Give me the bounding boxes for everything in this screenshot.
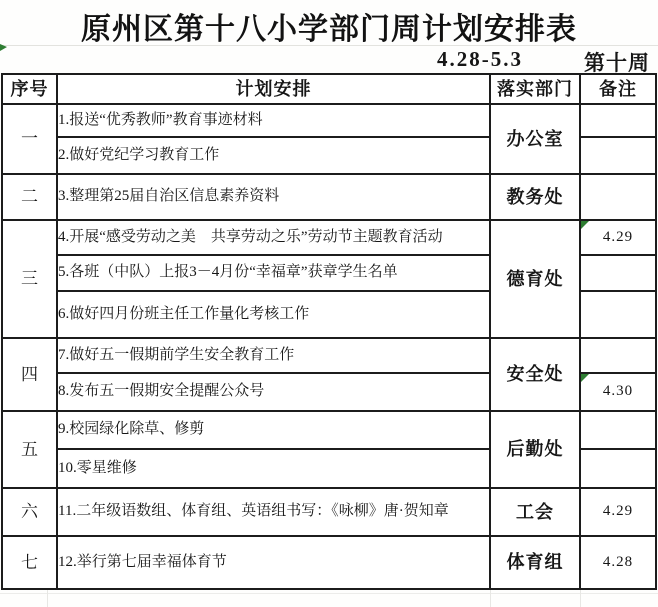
note-cell [580, 449, 656, 488]
plan-item-cell: 8.发布五一假期安全提醒公众号 [57, 373, 490, 411]
note-cell [580, 411, 656, 449]
table-row: 四 7.做好五一假期前学生安全教育工作 安全处 [2, 338, 656, 373]
group-index-cell: 五 [2, 411, 57, 488]
department-cell: 教务处 [490, 174, 580, 220]
header-col-index: 序号 [2, 74, 57, 104]
note-cell: 4.28 [580, 536, 656, 589]
plan-item-cell: 7.做好五一假期前学生安全教育工作 [57, 338, 490, 373]
table-row: 五 9.校园绿化除草、修剪 后勤处 [2, 411, 656, 449]
department-cell: 德育处 [490, 220, 580, 338]
header-col-plan: 计划安排 [57, 74, 490, 104]
plan-item-cell: 3.整理第25届自治区信息素养资料 [57, 174, 490, 220]
plan-item-cell: 12.举行第七届幸福体育节 [57, 536, 490, 589]
note-cell [580, 291, 656, 338]
header-col-note: 备注 [580, 74, 656, 104]
plan-item-cell: 10.零星维修 [57, 449, 490, 488]
plan-item-cell: 1.报送“优秀教师”教育事迹材料 [57, 104, 490, 137]
table-row: 七 12.举行第七届幸福体育节 体育组 4.28 [2, 536, 656, 589]
table-row: 六 11.二年级语数组、体育组、英语组书写：《咏柳》唐·贺知章 工会 4.29 [2, 488, 656, 536]
department-cell: 工会 [490, 488, 580, 536]
note-cell: 4.29 [580, 488, 656, 536]
note-text: 4.29 [603, 229, 633, 245]
table-row: 三 4.开展“感受劳动之美 共享劳动之乐”劳动节主题教育活动 德育处 4.29 [2, 220, 656, 255]
note-cell: 4.29 [580, 220, 656, 255]
spreadsheet-page: 原州区第十八小学部门周计划安排表 4.28-5.3 第十周 序号 计划安排 落实… [0, 0, 658, 607]
plan-item-cell: 2.做好党纪学习教育工作 [57, 137, 490, 174]
faint-gridline [0, 45, 658, 46]
green-corner-flag-icon [581, 221, 589, 229]
sheet-title: 原州区第十八小学部门周计划安排表 [0, 4, 658, 48]
department-cell: 安全处 [490, 338, 580, 411]
group-index-cell: 七 [2, 536, 57, 589]
faint-gridline [580, 590, 581, 607]
plan-item-cell: 6.做好四月份班主任工作量化考核工作 [57, 291, 490, 338]
note-cell [580, 104, 656, 137]
group-index-cell: 一 [2, 104, 57, 174]
faint-gridline [47, 590, 48, 607]
note-text: 4.30 [603, 383, 633, 399]
table-row: 一 1.报送“优秀教师”教育事迹材料 办公室 [2, 104, 656, 137]
department-cell: 办公室 [490, 104, 580, 174]
date-range: 4.28-5.3 [420, 47, 540, 72]
plan-item-cell: 5.各班（中队）上报3－4月份“幸福章”获章学生名单 [57, 255, 490, 291]
header-col-department: 落实部门 [490, 74, 580, 104]
green-corner-flag-icon [581, 374, 589, 382]
note-cell [580, 174, 656, 220]
plan-item-cell: 4.开展“感受劳动之美 共享劳动之乐”劳动节主题教育活动 [57, 220, 490, 255]
plan-item-cell: 9.校园绿化除草、修剪 [57, 411, 490, 449]
faint-gridline [0, 593, 658, 594]
plan-item-cell: 11.二年级语数组、体育组、英语组书写：《咏柳》唐·贺知章 [57, 488, 490, 536]
group-index-cell: 六 [2, 488, 57, 536]
header-row: 序号 计划安排 落实部门 备注 [2, 74, 656, 104]
note-cell [580, 338, 656, 373]
note-cell [580, 255, 656, 291]
table-row: 二 3.整理第25届自治区信息素养资料 教务处 [2, 174, 656, 220]
department-cell: 体育组 [490, 536, 580, 589]
group-index-cell: 四 [2, 338, 57, 411]
department-cell: 后勤处 [490, 411, 580, 488]
plan-table: 序号 计划安排 落实部门 备注 一 1.报送“优秀教师”教育事迹材料 办公室 2… [1, 73, 657, 590]
group-index-cell: 二 [2, 174, 57, 220]
green-marker-icon [0, 44, 7, 51]
note-cell: 4.30 [580, 373, 656, 411]
note-cell [580, 137, 656, 174]
faint-gridline [490, 590, 491, 607]
group-index-cell: 三 [2, 220, 57, 338]
